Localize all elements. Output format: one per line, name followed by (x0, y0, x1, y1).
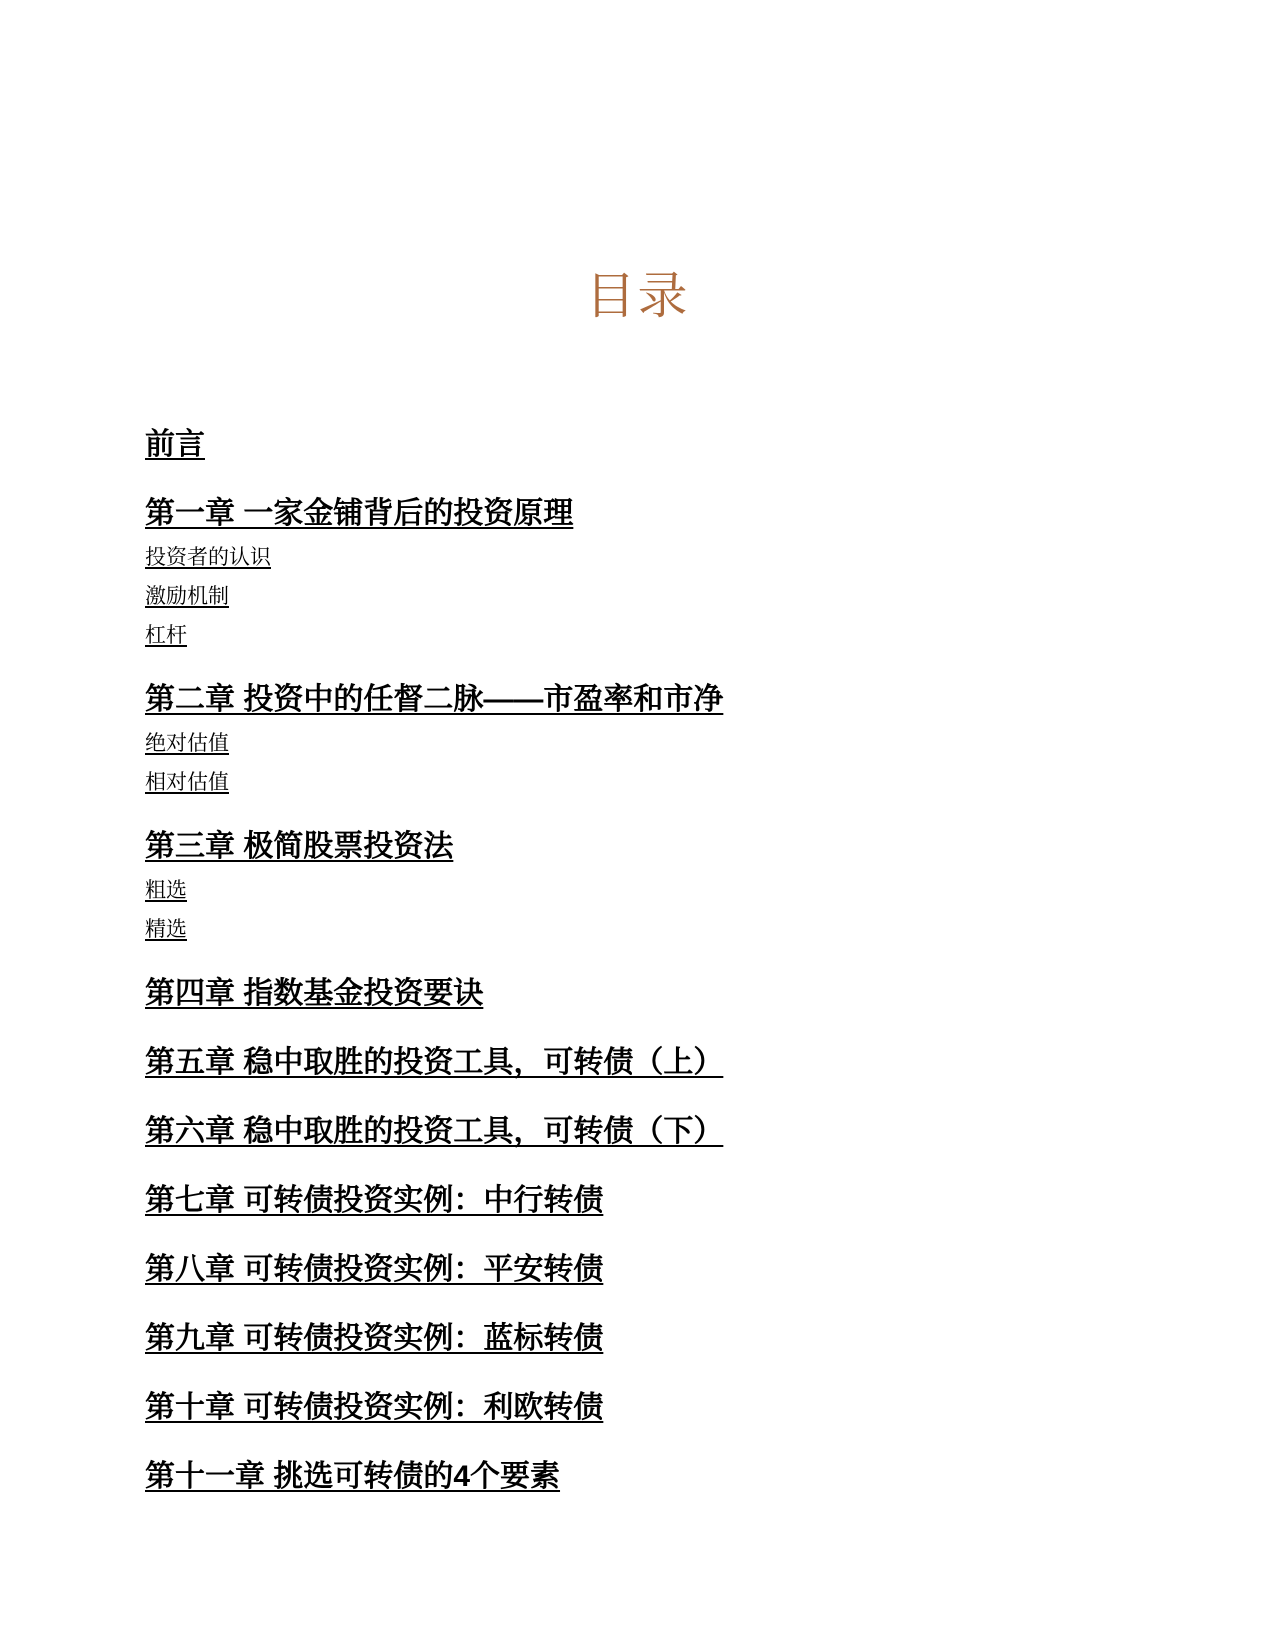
toc-chapter-link[interactable]: 第六章 稳中取胜的投资工具，可转债（下） (145, 1115, 723, 1148)
toc-chapter-row: 第二章 投资中的任督二脉——市盈率和市净 (145, 682, 1130, 718)
toc-chapter-link[interactable]: 第九章 可转债投资实例：蓝标转债 (145, 1322, 603, 1355)
toc-sub-link[interactable]: 激励机制 (145, 585, 229, 608)
toc-chapter-row: 第八章 可转债投资实例：平安转债 (145, 1252, 1130, 1288)
toc-chapter-link[interactable]: 第七章 可转债投资实例：中行转债 (145, 1184, 603, 1217)
toc-sub-row: 激励机制 (145, 584, 1130, 610)
toc-sub-row: 杠杆 (145, 623, 1130, 649)
toc-chapter-link[interactable]: 第五章 稳中取胜的投资工具，可转债（上） (145, 1046, 723, 1079)
toc-chapter-row: 第六章 稳中取胜的投资工具，可转债（下） (145, 1114, 1130, 1150)
toc-chapter-row: 前言 (145, 427, 1130, 463)
toc-chapter-link[interactable]: 第十章 可转债投资实例：利欧转债 (145, 1391, 603, 1424)
toc-sub-link[interactable]: 绝对估值 (145, 732, 229, 755)
toc-chapter-link[interactable]: 第八章 可转债投资实例：平安转债 (145, 1253, 603, 1286)
toc-chapter-row: 第一章 一家金铺背后的投资原理 (145, 496, 1130, 532)
toc-chapter-link[interactable]: 第十一章 挑选可转债的4个要素 (145, 1460, 560, 1493)
toc-sub-link[interactable]: 杠杆 (145, 624, 187, 647)
table-of-contents: 前言第一章 一家金铺背后的投资原理投资者的认识激励机制杠杆第二章 投资中的任督二… (145, 427, 1130, 1495)
toc-chapter-row: 第五章 稳中取胜的投资工具，可转债（上） (145, 1045, 1130, 1081)
toc-sub-row: 相对估值 (145, 770, 1130, 796)
toc-chapter-link[interactable]: 第二章 投资中的任督二脉——市盈率和市净 (145, 683, 723, 716)
toc-chapter-row: 第十一章 挑选可转债的4个要素 (145, 1459, 1130, 1495)
toc-sub-link[interactable]: 投资者的认识 (145, 546, 271, 569)
toc-chapter-link[interactable]: 第四章 指数基金投资要诀 (145, 977, 483, 1010)
toc-sub-link[interactable]: 精选 (145, 918, 187, 941)
toc-chapter-link[interactable]: 前言 (145, 428, 205, 461)
toc-chapter-row: 第七章 可转债投资实例：中行转债 (145, 1183, 1130, 1219)
toc-chapter-row: 第十章 可转债投资实例：利欧转债 (145, 1390, 1130, 1426)
toc-sub-row: 投资者的认识 (145, 545, 1130, 571)
toc-sub-link[interactable]: 粗选 (145, 879, 187, 902)
toc-sub-link[interactable]: 相对估值 (145, 771, 229, 794)
toc-chapter-row: 第九章 可转债投资实例：蓝标转债 (145, 1321, 1130, 1357)
toc-sub-row: 粗选 (145, 878, 1130, 904)
toc-chapter-row: 第四章 指数基金投资要诀 (145, 976, 1130, 1012)
toc-sub-row: 绝对估值 (145, 731, 1130, 757)
ebook-toc-page: 目录 前言第一章 一家金铺背后的投资原理投资者的认识激励机制杠杆第二章 投资中的… (0, 0, 1275, 1650)
toc-chapter-link[interactable]: 第一章 一家金铺背后的投资原理 (145, 497, 573, 530)
toc-chapter-row: 第三章 极简股票投资法 (145, 829, 1130, 865)
page-title: 目录 (145, 271, 1130, 321)
toc-sub-row: 精选 (145, 917, 1130, 943)
toc-chapter-link[interactable]: 第三章 极简股票投资法 (145, 830, 453, 863)
